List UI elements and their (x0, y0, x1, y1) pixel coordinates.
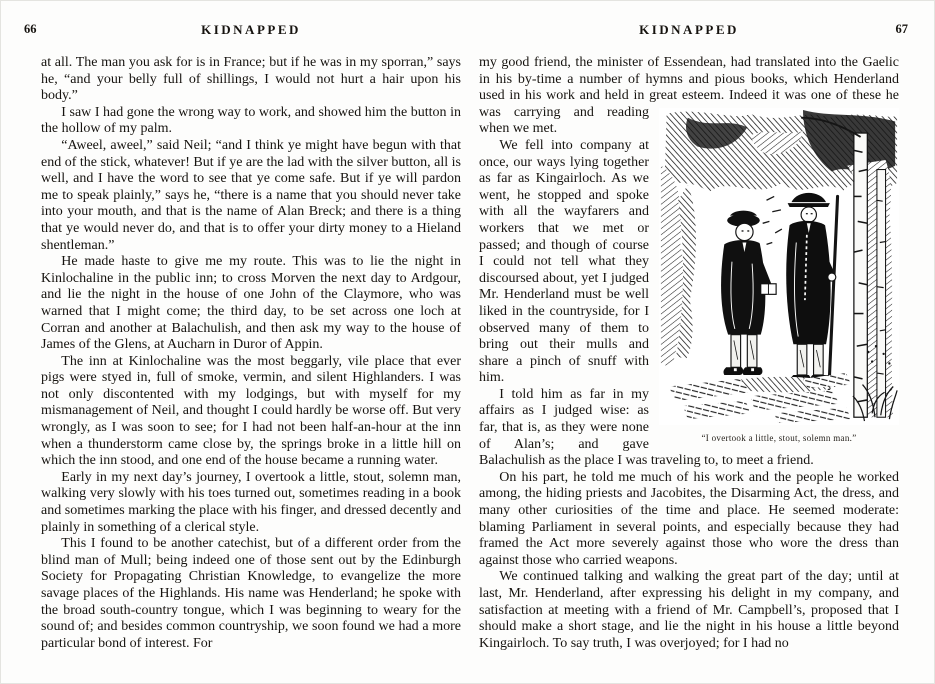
paragraph: my good friend, the minister of Essendea… (479, 55, 899, 138)
right-page-number: 67 (896, 22, 909, 37)
left-page-header: 66 KIDNAPPED (41, 22, 461, 38)
right-page: KIDNAPPED 67 my good friend, the ministe… (479, 1, 899, 652)
paragraph: at all. The man you ask for is in France… (41, 55, 461, 105)
paragraph: “Aweel, aweel,” said Neil; “and I think … (41, 138, 461, 254)
left-bank (661, 165, 696, 365)
left-page-number: 66 (24, 22, 37, 37)
paragraph: We continued talking and walking the gre… (479, 569, 899, 652)
paragraph: This I found to be another catechist, bu… (41, 536, 461, 652)
left-page: 66 KIDNAPPED at all. The man you ask for… (41, 1, 461, 652)
illustration-drawing (659, 108, 899, 425)
paragraph: On his part, he told me much of his work… (479, 470, 899, 570)
paragraph: Early in my next day’s journey, I overto… (41, 470, 461, 536)
paragraph: He made haste to give me my route. This … (41, 254, 461, 354)
paragraph: I saw I had gone the wrong way to work, … (41, 105, 461, 138)
left-running-title: KIDNAPPED (201, 22, 301, 37)
book-scan: 66 KIDNAPPED at all. The man you ask for… (0, 0, 935, 684)
illustration-figure: “I overtook a little, stout, solemn man.… (659, 108, 899, 447)
illustration-caption: “I overtook a little, stout, solemn man.… (659, 430, 899, 447)
paragraph: The inn at Kinlochaline was the most beg… (41, 354, 461, 470)
two-page-spread: 66 KIDNAPPED at all. The man you ask for… (1, 1, 934, 652)
right-running-title: KIDNAPPED (639, 22, 739, 37)
right-page-header: KIDNAPPED 67 (479, 22, 899, 38)
